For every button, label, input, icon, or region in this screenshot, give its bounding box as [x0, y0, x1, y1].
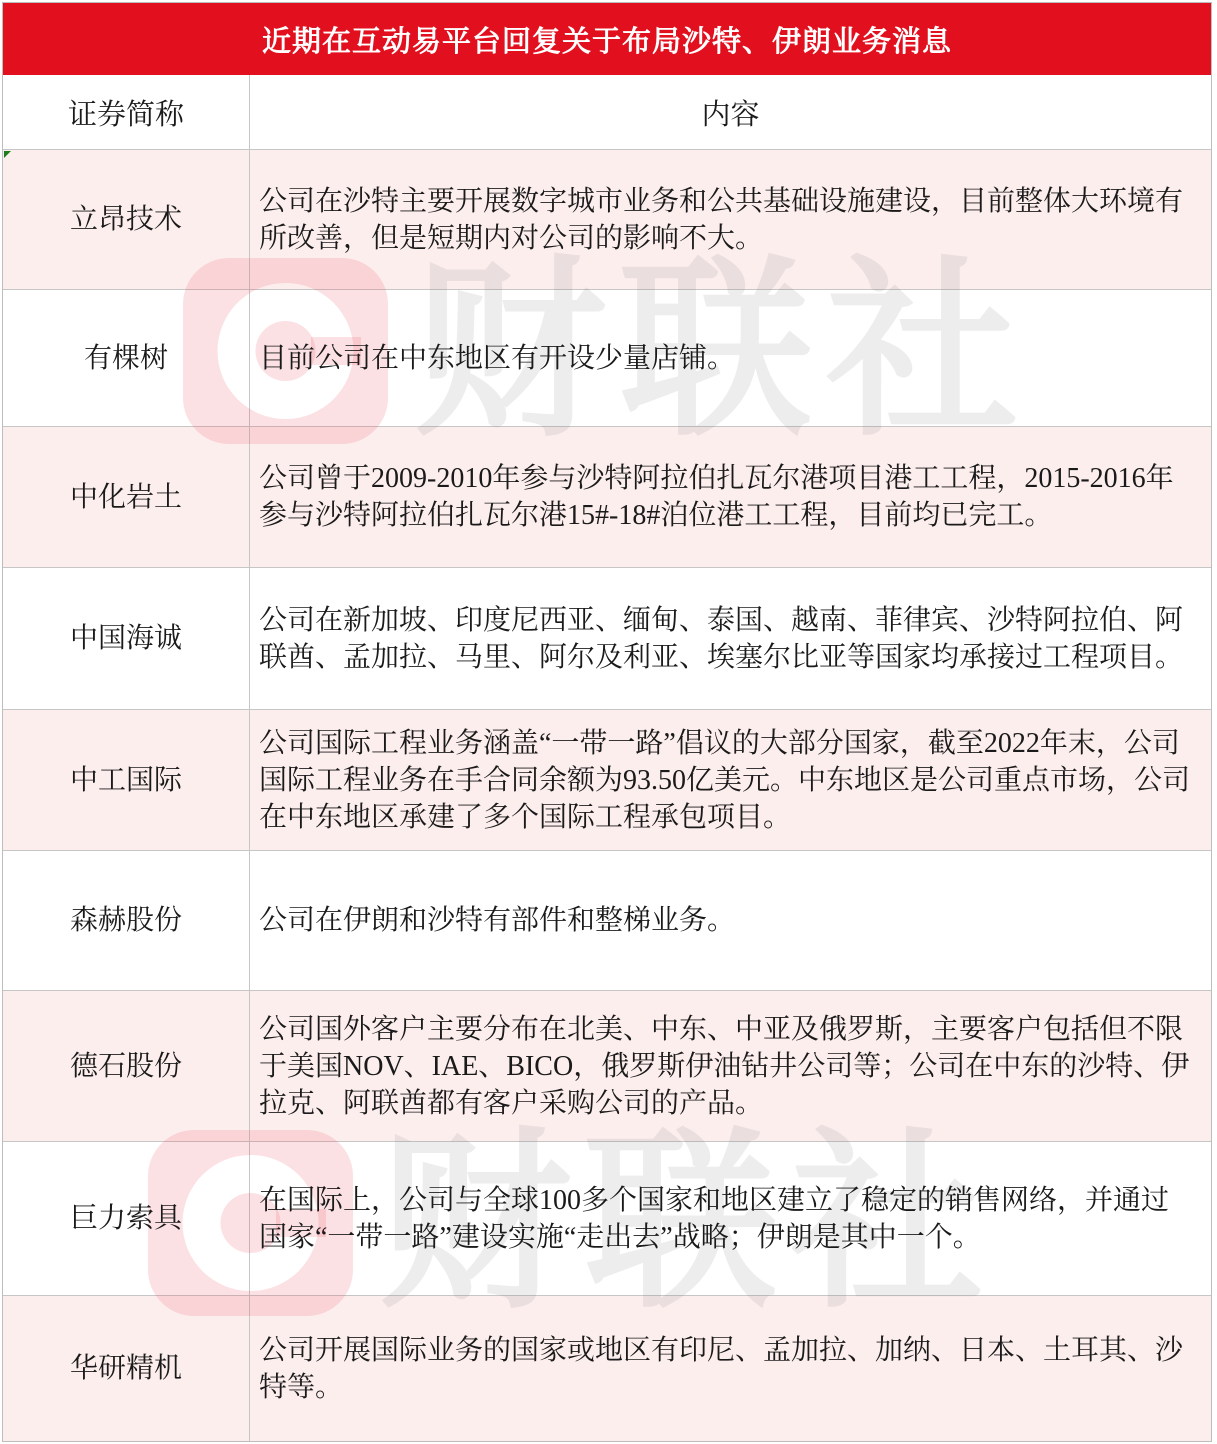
- content-cell: 目前公司在中东地区有开设少量店铺。: [250, 290, 1211, 426]
- col-header-content: 内容: [701, 92, 759, 133]
- company-name: 巨力索具: [70, 1200, 182, 1237]
- table-title: 近期在互动易平台回复关于布局沙特、伊朗业务消息: [262, 19, 952, 60]
- company-content: 公司国外客户主要分布在北美、中东、中亚及俄罗斯，主要客户包括但不限于美国NOV、…: [259, 1011, 1191, 1122]
- table-header-row: 证券简称 内容: [3, 75, 1211, 149]
- company-name-cell: 立昂技术: [3, 150, 250, 289]
- company-name: 中工国际: [70, 762, 182, 799]
- table-row: 中化岩土 公司曾于2009-2010年参与沙特阿拉伯扎瓦尔港项目港工工程，201…: [3, 426, 1211, 567]
- table-row: 德石股份 公司国外客户主要分布在北美、中东、中亚及俄罗斯，主要客户包括但不限于美…: [3, 990, 1211, 1141]
- company-name-cell: 中化岩土: [3, 427, 250, 567]
- company-content: 公司开展国际业务的国家或地区有印尼、孟加拉、加纳、日本、土耳其、沙特等。: [259, 1332, 1191, 1406]
- company-content: 目前公司在中东地区有开设少量店铺。: [259, 340, 735, 377]
- company-content: 在国际上，公司与全球100多个国家和地区建立了稳定的销售网络，并通过国家“一带一…: [259, 1182, 1191, 1256]
- company-name-cell: 中国海诚: [3, 568, 250, 709]
- table-row: 森赫股份 公司在伊朗和沙特有部件和整梯业务。: [3, 850, 1211, 990]
- table-row: 立昂技术 公司在沙特主要开展数字城市业务和公共基础设施建设，目前整体大环境有所改…: [3, 149, 1211, 289]
- company-content: 公司在伊朗和沙特有部件和整梯业务。: [259, 902, 735, 939]
- table-row: 中国海诚 公司在新加坡、印度尼西亚、缅甸、泰国、越南、菲律宾、沙特阿拉伯、阿联酋…: [3, 567, 1211, 709]
- content-cell: 公司曾于2009-2010年参与沙特阿拉伯扎瓦尔港项目港工工程，2015-201…: [250, 427, 1211, 567]
- table-row: 有棵树 目前公司在中东地区有开设少量店铺。: [3, 289, 1211, 426]
- table-row: 中工国际 公司国际工程业务涵盖“一带一路”倡议的大部分国家，截至2022年末，公…: [3, 709, 1211, 850]
- content-cell: 公司国际工程业务涵盖“一带一路”倡议的大部分国家，截至2022年末，公司国际工程…: [250, 710, 1211, 850]
- company-name-cell: 中工国际: [3, 710, 250, 850]
- content-cell: 公司国外客户主要分布在北美、中东、中亚及俄罗斯，主要客户包括但不限于美国NOV、…: [250, 991, 1211, 1141]
- company-name-cell: 巨力索具: [3, 1142, 250, 1295]
- table-row: 巨力索具 在国际上，公司与全球100多个国家和地区建立了稳定的销售网络，并通过国…: [3, 1141, 1211, 1295]
- cell-marker-triangle: [4, 151, 11, 158]
- company-content: 公司曾于2009-2010年参与沙特阿拉伯扎瓦尔港项目港工工程，2015-201…: [259, 460, 1191, 534]
- col-header-name: 证券简称: [68, 92, 184, 133]
- company-name-cell: 有棵树: [3, 290, 250, 426]
- company-name: 中国海诚: [70, 620, 182, 657]
- company-content: 公司国际工程业务涵盖“一带一路”倡议的大部分国家，截至2022年末，公司国际工程…: [259, 725, 1191, 836]
- content-cell: 公司在沙特主要开展数字城市业务和公共基础设施建设，目前整体大环境有所改善，但是短…: [250, 150, 1211, 289]
- content-cell: 公司在伊朗和沙特有部件和整梯业务。: [250, 851, 1211, 990]
- content-cell: 公司在新加坡、印度尼西亚、缅甸、泰国、越南、菲律宾、沙特阿拉伯、阿联酋、孟加拉、…: [250, 568, 1211, 709]
- content-cell: 在国际上，公司与全球100多个国家和地区建立了稳定的销售网络，并通过国家“一带一…: [250, 1142, 1211, 1295]
- company-name: 森赫股份: [70, 902, 182, 939]
- company-name-cell: 森赫股份: [3, 851, 250, 990]
- company-content: 公司在沙特主要开展数字城市业务和公共基础设施建设，目前整体大环境有所改善，但是短…: [259, 183, 1191, 257]
- table-body: 立昂技术 公司在沙特主要开展数字城市业务和公共基础设施建设，目前整体大环境有所改…: [3, 149, 1211, 1441]
- company-name: 德石股份: [70, 1048, 182, 1085]
- company-name-cell: 德石股份: [3, 991, 250, 1141]
- company-name: 立昂技术: [70, 201, 182, 238]
- table: 财联社 财联社 近期在互动易平台回复关于布局沙特、伊朗业务消息 证券简称 内容 …: [2, 2, 1212, 1442]
- col-header-content-cell: 内容: [250, 75, 1211, 149]
- company-name: 中化岩土: [70, 479, 182, 516]
- content-cell: 公司开展国际业务的国家或地区有印尼、孟加拉、加纳、日本、土耳其、沙特等。: [250, 1296, 1211, 1441]
- company-name-cell: 华研精机: [3, 1296, 250, 1441]
- table-row: 华研精机 公司开展国际业务的国家或地区有印尼、孟加拉、加纳、日本、土耳其、沙特等…: [3, 1295, 1211, 1441]
- company-name: 华研精机: [70, 1350, 182, 1387]
- table-title-bar: 近期在互动易平台回复关于布局沙特、伊朗业务消息: [3, 3, 1211, 75]
- company-content: 公司在新加坡、印度尼西亚、缅甸、泰国、越南、菲律宾、沙特阿拉伯、阿联酋、孟加拉、…: [259, 602, 1191, 676]
- company-name: 有棵树: [84, 340, 168, 377]
- col-header-name-cell: 证券简称: [3, 75, 250, 149]
